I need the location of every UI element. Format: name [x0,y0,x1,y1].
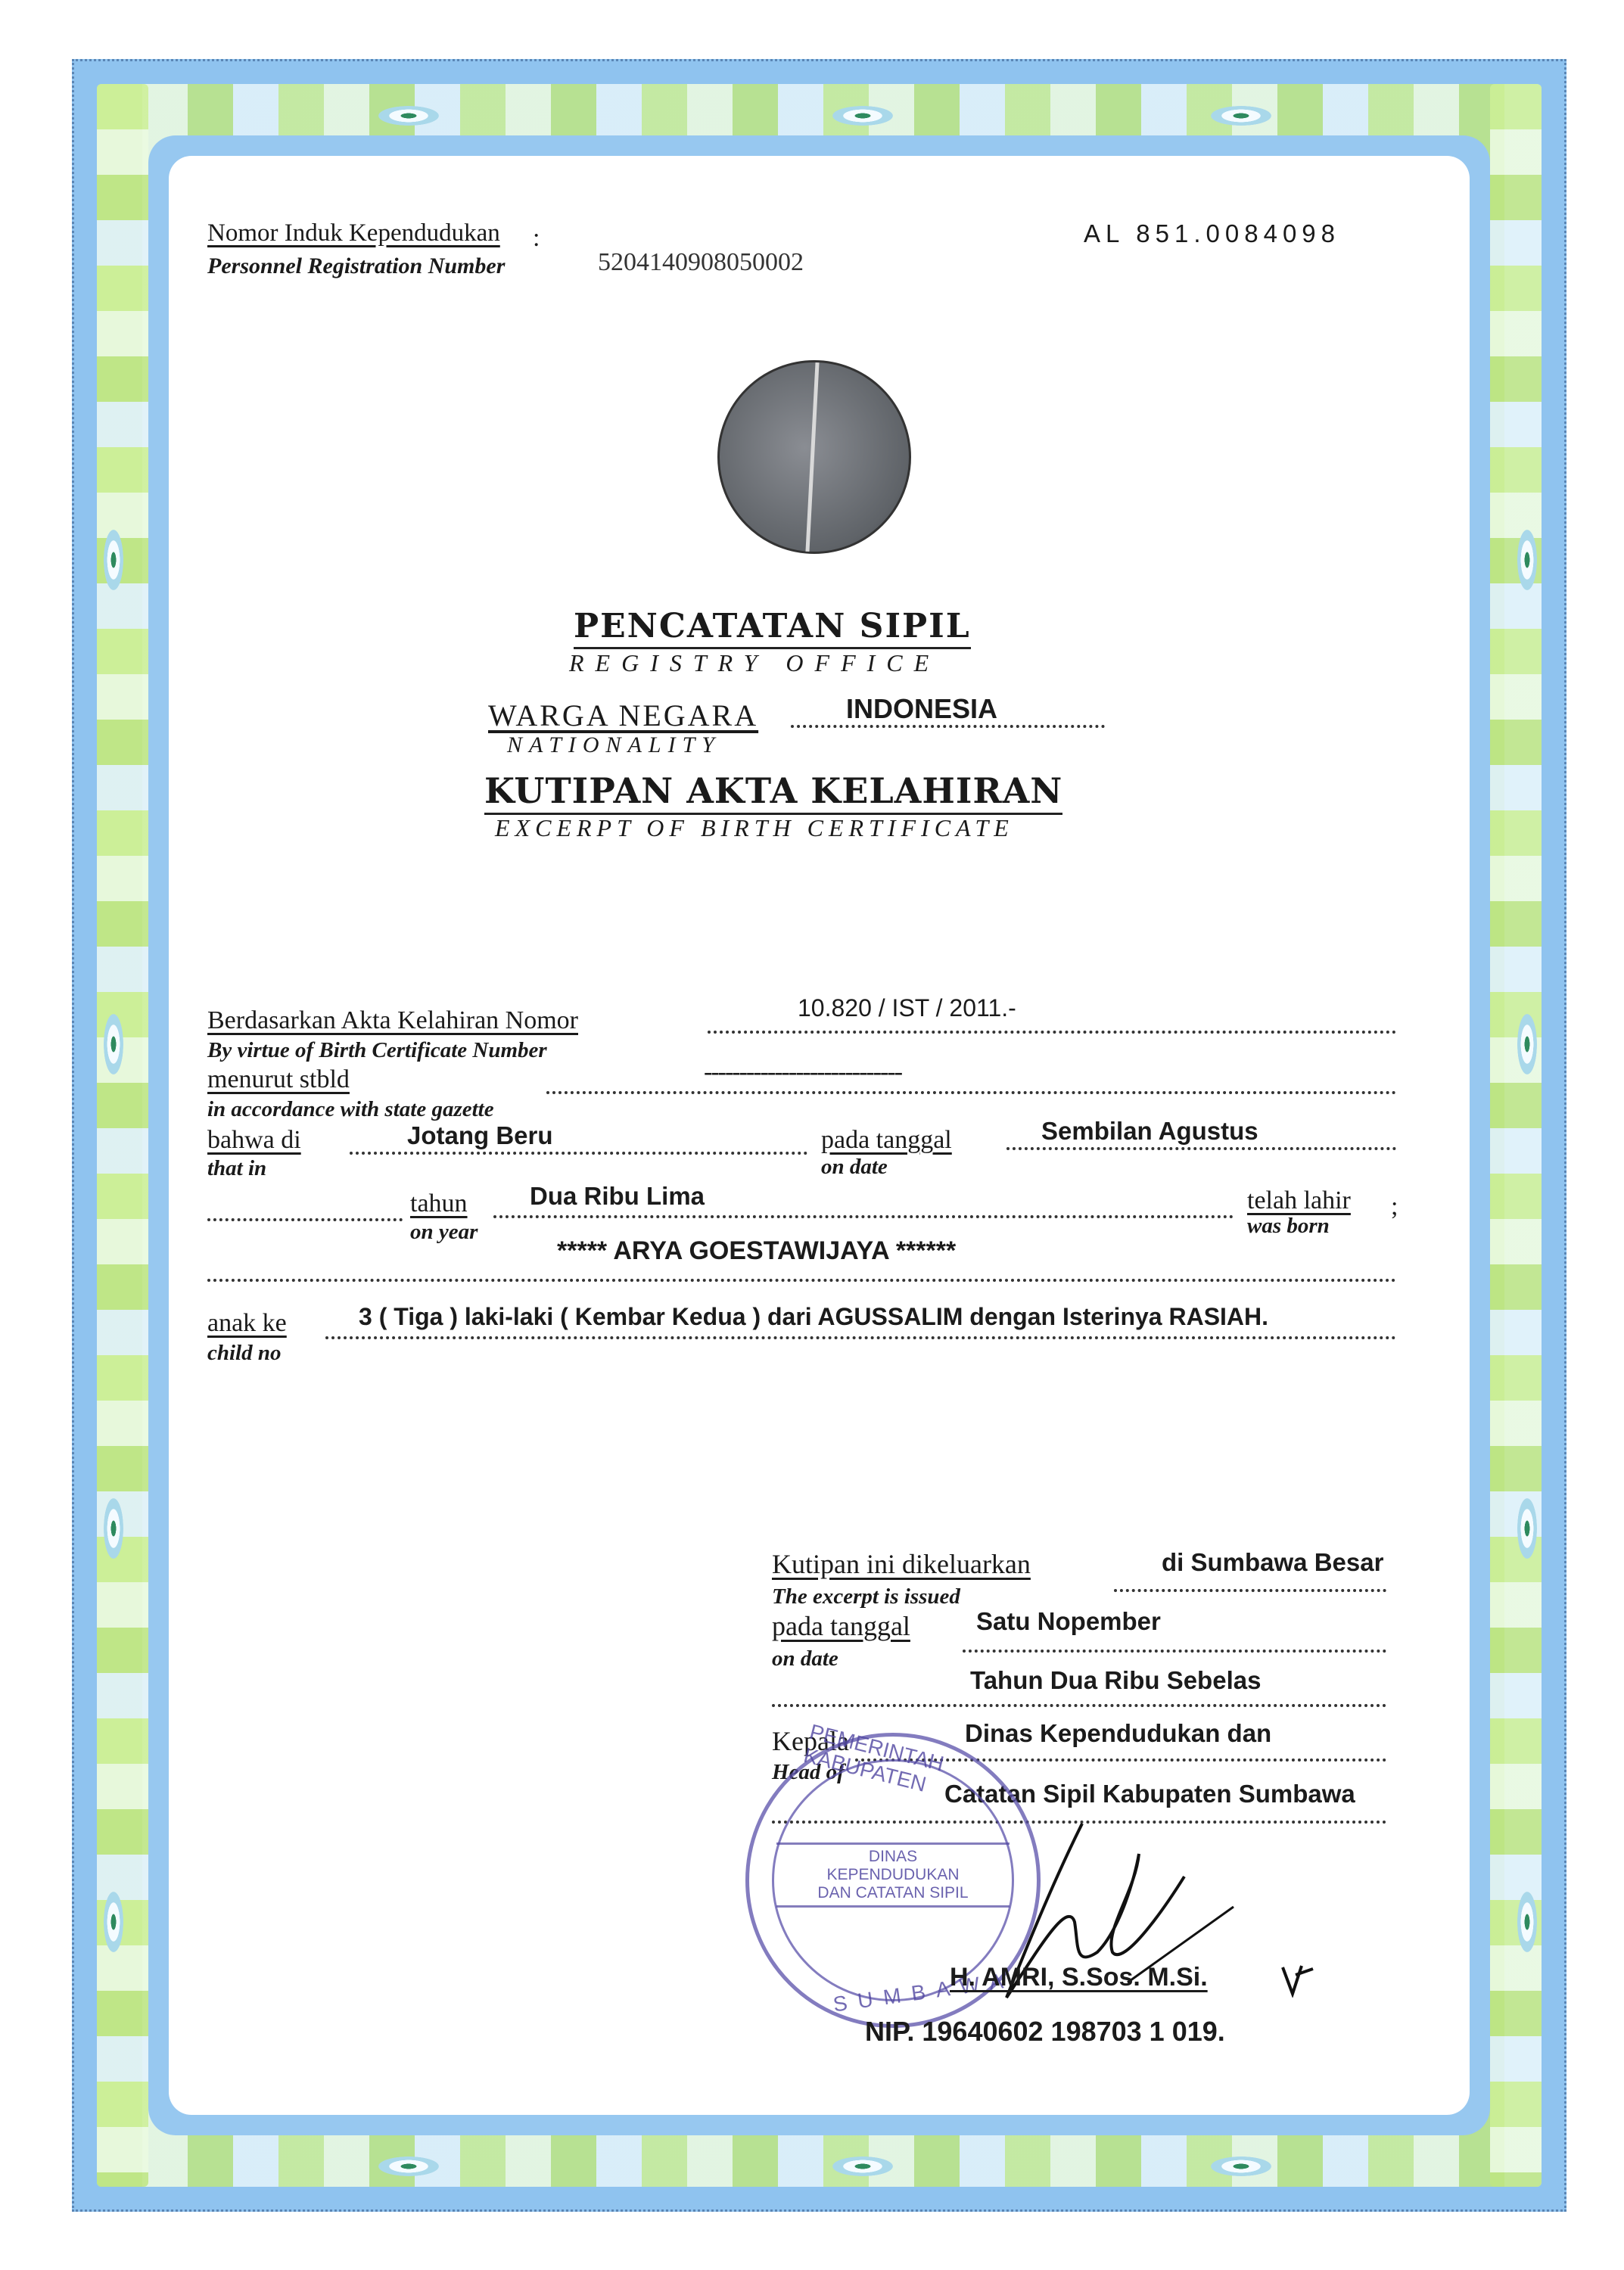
official-name: H. AMRI, S.Sos. M.Si. [950,1963,1208,1992]
nik-label: Nomor Induk Kependudukan [207,219,500,247]
nationality-label-en: NATIONALITY [507,732,721,758]
born-label-en: was born [1247,1214,1330,1239]
born-colon: ; [1391,1193,1398,1221]
born-label: telah lahir [1247,1186,1351,1215]
official-nip: NIP. 19640602 198703 1 019. [865,2016,1225,2048]
stamp-line: DAN CATATAN SIPIL [776,1884,1010,1902]
ornament-icon [1517,1892,1537,1952]
ornament-icon [1211,2156,1271,2176]
place-dotted-line [350,1152,807,1155]
office-line-1: Dinas Kependudukan dan [965,1719,1271,1748]
year-leading-dotted-line [207,1218,403,1221]
stbld-label: menurut stbld [207,1065,350,1094]
cert-number-label-en: By virtue of Birth Certificate Number [207,1038,547,1063]
child-no-dotted-line [325,1336,1396,1339]
issued-date-label-en: on date [772,1647,838,1671]
stbld-dotted-line [546,1091,1396,1094]
office-title-en: REGISTRY OFFICE [569,649,940,677]
stbld-value: ---------------------------- [704,1058,901,1087]
ornament-icon [832,106,893,126]
issued-place-dotted-line [1114,1589,1386,1592]
nik-value: 5204140908050002 [598,248,804,277]
child-name-dotted-line [207,1279,1396,1282]
child-no-label-en: child no [207,1341,282,1366]
issued-date-label: pada tanggal [772,1610,910,1642]
nationality-dotted-line [791,725,1105,728]
serial-number: AL 851.0084098 [1084,219,1340,248]
ornament-icon [378,106,439,126]
birth-date-label: pada tanggal [821,1126,952,1155]
birth-year-dotted-line [493,1215,1234,1218]
nik-label-en: Personnel Registration Number [207,253,505,279]
child-no-value: 3 ( Tiga ) laki-laki ( Kembar Kedua ) da… [359,1303,1268,1331]
cert-number-label: Berdasarkan Akta Kelahiran Nomor [207,1006,578,1035]
issued-year-value: Tahun Dua Ribu Sebelas [970,1666,1261,1695]
stamp-line: DINAS [776,1848,1010,1866]
border-pattern-right [1490,84,1542,2187]
ornament-icon [104,1498,123,1559]
birth-date-value: Sembilan Agustus [1041,1117,1258,1146]
initial-paraf-icon [1279,1960,1317,1998]
ornament-icon [832,2156,893,2176]
document-title-en: EXCERPT OF BIRTH CERTIFICATE [495,814,1014,842]
stamp-line: KEPENDUDUKAN [776,1866,1010,1884]
place-label: bahwa di [207,1126,301,1155]
issued-label: Kutipan ini dikeluarkan [772,1548,1031,1580]
ornament-icon [104,1892,123,1952]
nationality-value: INDONESIA [846,693,997,725]
child-no-label: anak ke [207,1309,287,1338]
issued-label-en: The excerpt is issued [772,1584,960,1609]
birth-year-value: Dua Ribu Lima [530,1182,705,1211]
place-value: Jotang Beru [407,1121,553,1150]
ornament-icon [1517,530,1537,590]
ornament-icon [378,2156,439,2176]
issued-date-dotted-line [963,1650,1386,1653]
office-title: PENCATATAN SIPIL [574,607,971,649]
border-pattern-left [97,84,148,2187]
cert-number-dotted-line [708,1031,1396,1034]
birth-date-dotted-line [1006,1147,1396,1150]
cert-number-value: 10.820 / IST / 2011.- [798,994,1016,1022]
place-label-en: that in [207,1156,266,1181]
birth-year-label: tahun [410,1189,468,1218]
ornament-icon [1517,1498,1537,1559]
issued-year-dotted-line [772,1704,1386,1707]
stamp-center: DINAS KEPENDUDUKAN DAN CATATAN SIPIL [776,1842,1010,1908]
birth-date-label-en: on date [821,1155,888,1180]
birth-year-label-en: on year [410,1220,478,1245]
ornament-icon [104,530,123,590]
stbld-label-en: in accordance with state gazette [207,1097,494,1122]
ornament-icon [1517,1014,1537,1074]
issued-place: di Sumbawa Besar [1162,1548,1383,1577]
nik-colon: : [533,224,540,253]
ornament-icon [1211,106,1271,126]
child-name: ***** ARYA GOESTAWIJAYA ****** [557,1236,956,1266]
issued-date-value: Satu Nopember [976,1607,1161,1636]
ornament-icon [104,1014,123,1074]
nationality-label: WARGA NEGARA [488,698,758,733]
garuda-emblem-icon [717,360,911,554]
document-title: KUTIPAN AKTA KELAHIRAN [484,770,1062,815]
